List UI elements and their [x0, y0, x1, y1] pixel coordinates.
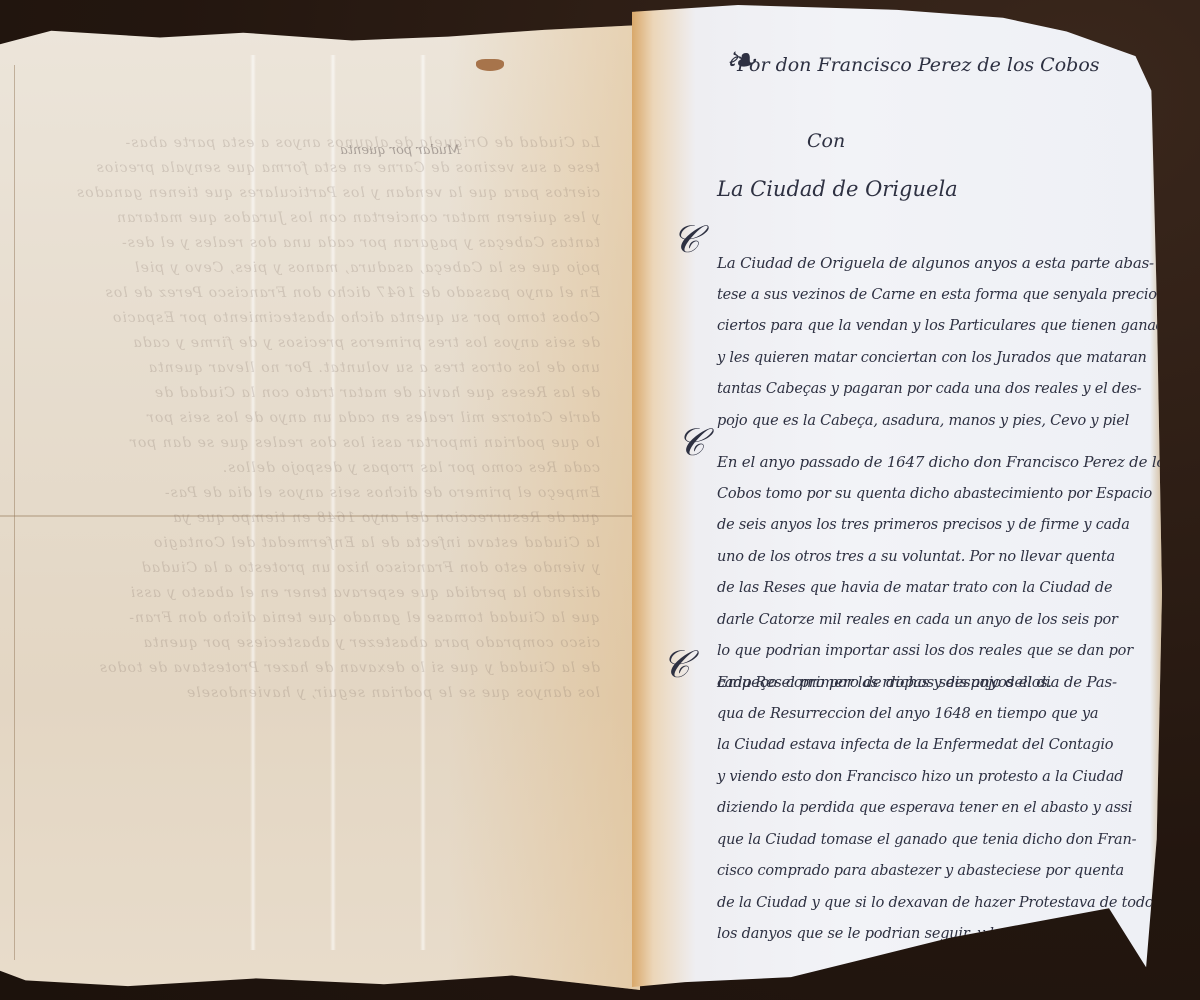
ghost-line: que la Ciudad tomase el ganado que tenia…: [40, 610, 600, 635]
ghost-line: qua de Resurreccion del anyo 1648 en tie…: [40, 510, 600, 535]
right-page-recto: ❧ Por don Francisco Perez de los Cobos C…: [632, 2, 1162, 987]
text-line: la Ciudad estava infecta de la Enfermeda…: [717, 730, 1147, 762]
ghost-line: En el anyo passado de 1647 dicho don Fra…: [40, 285, 600, 310]
manuscript-photo: Mudar por quenta La Ciudad de Origuela d…: [0, 0, 1200, 1000]
ghost-line: lo que podrian importar assi los dos rea…: [40, 435, 600, 460]
text-line: Empeço el primero de dichos seis anyos e…: [717, 667, 1147, 699]
text-line: pojo que es la Cabeça, asadura, manos y …: [717, 406, 1147, 438]
ghost-line: cisco comprado para abastezer y abasteci…: [40, 635, 600, 660]
left-page-verso: Mudar por quenta La Ciudad de Origuela d…: [0, 25, 640, 990]
text-line: cisco comprado para abastezer y abasteci…: [717, 856, 1147, 888]
text-line: Cobos tomo por su quenta dicho abastecim…: [717, 479, 1147, 511]
text-line: ciertos para que la vendan y los Particu…: [717, 311, 1147, 343]
text-line: que la Ciudad tomase el ganado que tenia…: [717, 825, 1147, 857]
paragraph-flourish-icon: 𝒞: [677, 420, 705, 465]
ghost-line: y les quieren matar conciertan con los J…: [40, 210, 600, 235]
ghost-line: Cobos tomo por su quenta dicho abastecim…: [40, 310, 600, 335]
ghost-line: tantas Cabeças y pagaran por cada una do…: [40, 235, 600, 260]
ghost-line: de las Reses que havia de matar trato co…: [40, 385, 600, 410]
heading-versus: Con: [807, 130, 845, 152]
heading-defendant: La Ciudad de Origuela: [717, 177, 958, 201]
text-line: de seis anyos los tres primeros precisos…: [717, 510, 1147, 542]
ghost-line: diziendo la perdida que esperava tener e…: [40, 585, 600, 610]
foxing-stain: [476, 59, 504, 71]
ghost-line: de la Ciudad y que si lo dexavan de haze…: [40, 660, 600, 685]
page-edge-shadow: [1150, 42, 1162, 927]
ghost-line: pojo que es la Cabeça, asadura, manos y …: [40, 260, 600, 285]
text-line: En el anyo passado de 1647 dicho don Fra…: [717, 447, 1147, 479]
ghost-line: tese a sus vezinos de Carne en esta form…: [40, 160, 600, 185]
ghost-line: La Ciudad de Origuela de algunos anyos a…: [40, 135, 600, 160]
text-line: tantas Cabeças y pagaran por cada una do…: [717, 374, 1147, 406]
text-line: de la Ciudad y que si lo dexavan de haze…: [717, 888, 1147, 920]
text-line: diziendo la perdida que esperava tener e…: [717, 793, 1147, 825]
paragraph-2: En el anyo passado de 1647 dicho don Fra…: [717, 447, 1147, 699]
text-line: La Ciudad de Origuela de algunos anyos a…: [717, 248, 1147, 280]
text-line: lo que podrian importar assi los dos rea…: [717, 636, 1147, 668]
text-line: darle Catorze mil reales en cada un anyo…: [717, 605, 1147, 637]
ghost-line: darle Catorze mil reales en cada un anyo…: [40, 410, 600, 435]
text-line: y viendo esto don Francisco hizo un prot…: [717, 762, 1147, 794]
text-line: uno de los otros tres a su voluntat. Por…: [717, 542, 1147, 574]
ghost-line: ciertos para que la vendan y los Particu…: [40, 185, 600, 210]
bleed-through-text: La Ciudad de Origuela de algunos anyos a…: [40, 135, 600, 710]
text-line: y les quieren matar conciertan con los J…: [717, 343, 1147, 375]
text-line: qua de Resurreccion del anyo 1648 en tie…: [717, 699, 1147, 731]
ghost-line: uno de los otros tres a su voluntat. Por…: [40, 360, 600, 385]
heading-plaintiff: Por don Francisco Perez de los Cobos: [737, 54, 1100, 76]
ghost-line: los danyos que se le podrian seguir, y h…: [40, 685, 600, 710]
ghost-line: de seis anyos los tres primeros precisos…: [40, 335, 600, 360]
paragraph-3: Empeço el primero de dichos seis anyos e…: [717, 667, 1147, 951]
text-line: tese a sus vezinos de Carne en esta form…: [717, 280, 1147, 312]
ghost-line: la Ciudad estava infecta de la Enfermeda…: [40, 535, 600, 560]
paragraph-flourish-icon: 𝒞: [672, 217, 700, 262]
ghost-line: y viendo esto don Francisco hizo un prot…: [40, 560, 600, 585]
text-line: de las Reses que havia de matar trato co…: [717, 573, 1147, 605]
ghost-line: Empeço el primero de dichos seis anyos e…: [40, 485, 600, 510]
margin-rule: [14, 65, 15, 960]
text-line: los danyos que se le podrian seguir, y h…: [717, 919, 1147, 951]
ghost-line: cada Res como por las rropas y despojo d…: [40, 460, 600, 485]
paragraph-flourish-icon: 𝒞: [662, 642, 690, 687]
paragraph-1: La Ciudad de Origuela de algunos anyos a…: [717, 248, 1147, 437]
